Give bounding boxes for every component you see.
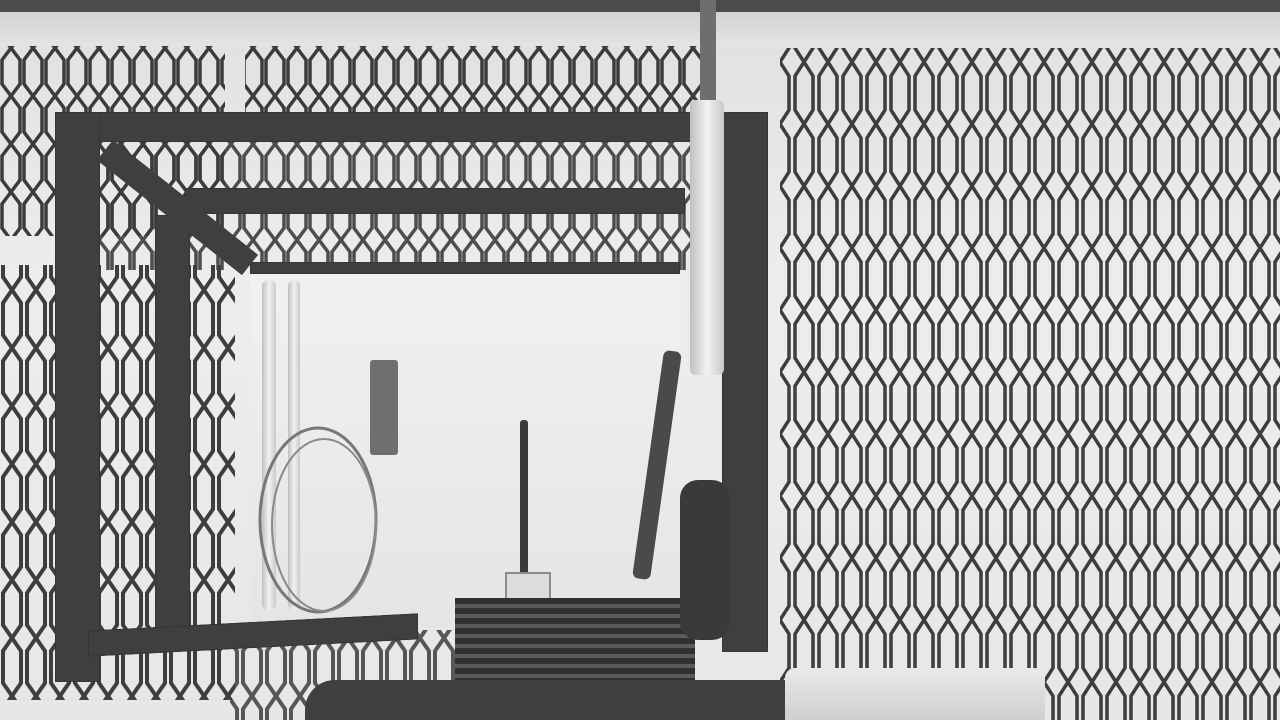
pipe-sleeve	[690, 100, 724, 375]
clamp-hardware	[680, 480, 730, 640]
diagonal-brace	[0, 0, 1280, 720]
photo-scene	[0, 0, 1280, 720]
snow-covered-box	[785, 668, 1045, 720]
platform-base	[305, 680, 825, 720]
